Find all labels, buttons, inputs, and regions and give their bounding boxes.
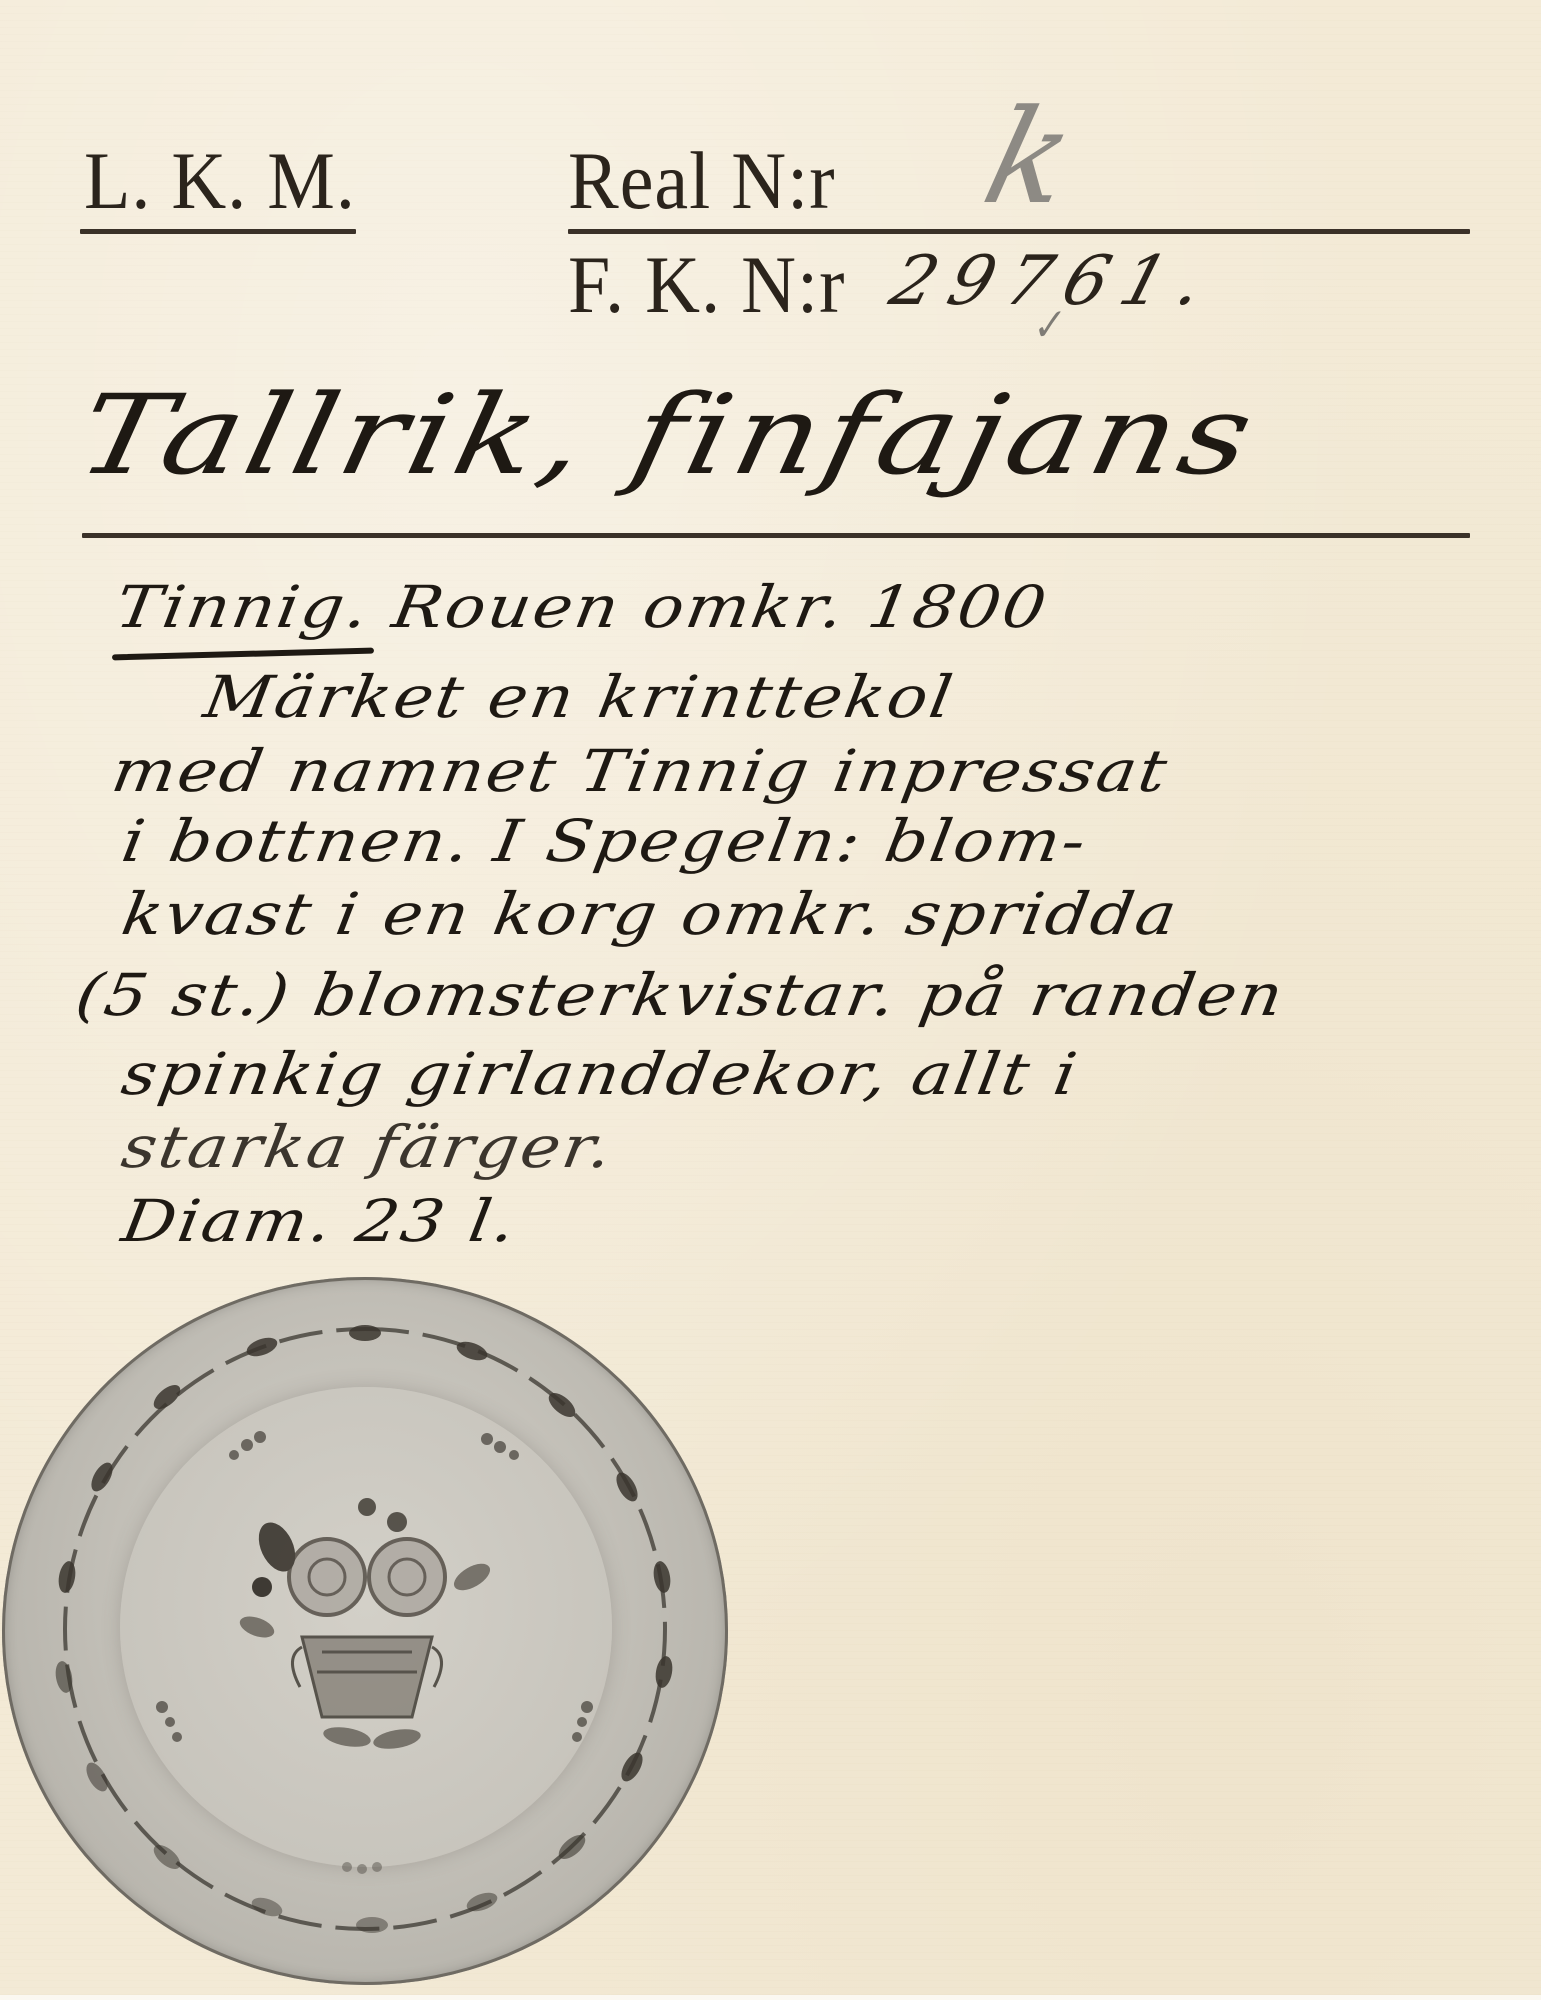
description-line-9: Diam. 23 l. — [118, 1192, 522, 1250]
museum-abbrev-rule — [80, 229, 356, 234]
description-line-3: med namnet Tinnig inpressat — [108, 742, 1173, 800]
plate-photograph — [0, 1275, 735, 1990]
description-line-5: kvast i en korg omkr. spridda — [118, 885, 1183, 943]
plate-image — [2, 1277, 728, 1985]
title-rule — [82, 533, 1470, 538]
description-line-2: Märket en krinttekol — [200, 668, 958, 726]
real-number-rule — [568, 229, 1470, 234]
object-title: Tallrik, finfajans — [70, 380, 1266, 490]
description-line-4: i bottnen. I Spegeln: blom- — [118, 812, 1092, 870]
real-number-label: Real N:r — [568, 140, 836, 222]
description-line-1: Tinnig. Rouen omkr. 1800 — [112, 578, 1052, 636]
museum-abbrev: L. K. M. — [84, 140, 356, 222]
description-line-6: (5 st.) blomsterkvistar. på randen — [72, 966, 1289, 1024]
fk-number-label: F. K. N:r — [568, 244, 845, 326]
check-mark-icon: ✓ — [1027, 303, 1067, 348]
description-line-8: starka färger. — [118, 1118, 618, 1176]
description-line-7: spinkig girlanddekor, allt i — [118, 1045, 1083, 1103]
plate-decoration-icon — [2, 1277, 728, 1985]
